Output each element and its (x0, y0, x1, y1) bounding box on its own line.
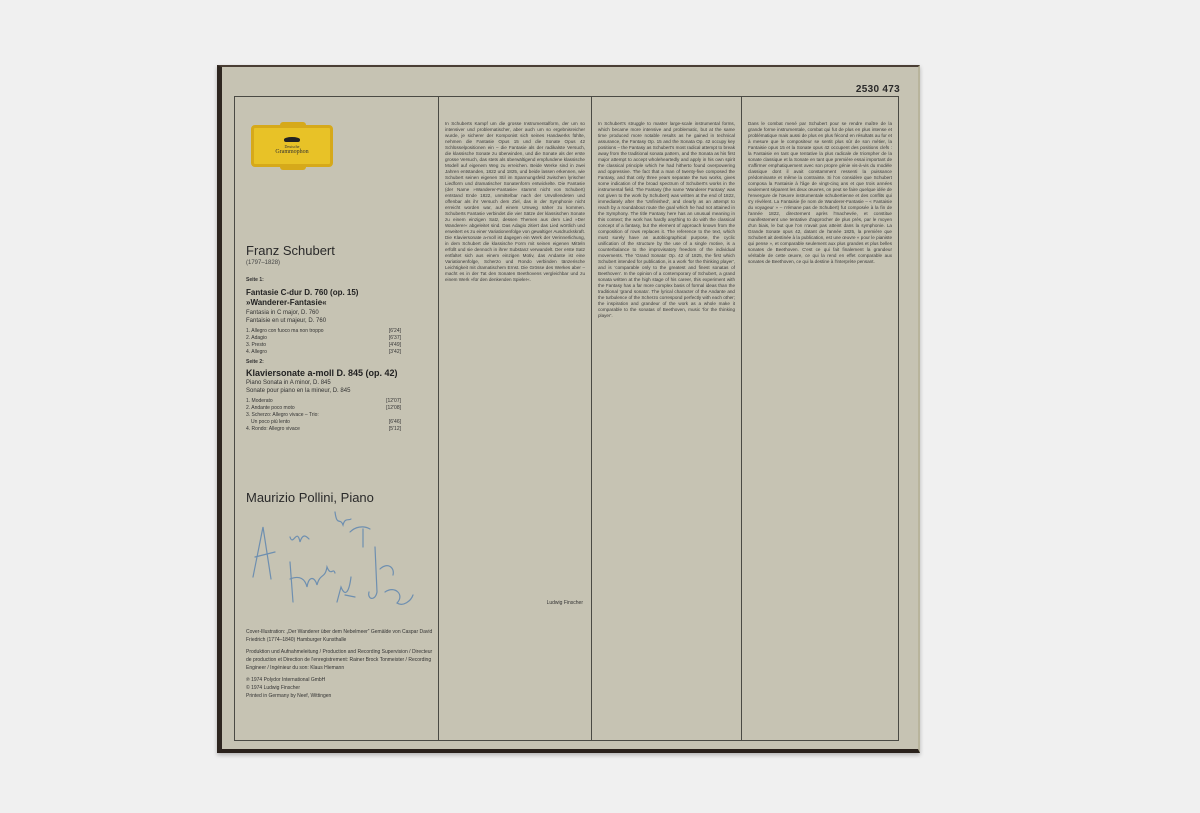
movement-name: 2. Adagio (246, 335, 267, 341)
side2-translation-en: Piano Sonata in A minor, D. 845 (246, 380, 331, 386)
liner-notes-french: Dans le combat mené par Schubert pour se… (748, 121, 892, 713)
side2-title: Klaviersonate a-moll D. 845 (op. 42) (246, 368, 398, 378)
catalog-number: 2530 473 (856, 84, 900, 95)
cover-illustration-credit: Cover-Illustration: „Der Wanderer über d… (246, 628, 436, 644)
side2-movement: 1. Moderato[12'07] (246, 398, 401, 404)
side2-movement: Un poco più lento[6'46] (246, 419, 401, 425)
movement-time: [6'24] (389, 328, 401, 334)
liner-notes-german-column: In Schuberts Kampf um die grosse Instrum… (439, 97, 592, 740)
movement-name: 3. Presto (246, 342, 266, 348)
movement-time: [3'42] (389, 349, 401, 355)
deutsche-grammophon-logo: Deutsche Grammophon (251, 125, 333, 167)
movement-time: [5'12] (389, 426, 401, 432)
tulip-icon (284, 137, 300, 142)
side1-movement: 2. Adagio[6'37] (246, 335, 401, 341)
movement-name: Un poco più lento (251, 419, 290, 425)
movement-name: 4. Rondo: Allegro vivace (246, 426, 300, 432)
side1-translation-en: Fantasia in C major, D. 760 (246, 310, 319, 316)
content-frame: Deutsche Grammophon Franz Schubert (1797… (234, 96, 899, 741)
liner-notes-english: In Schubert's struggle to master large-s… (598, 121, 735, 643)
side1-subtitle: »Wanderer-Fantasie« (246, 298, 327, 307)
movement-time: [12'07] (386, 398, 401, 404)
movement-time: [6'46] (389, 419, 401, 425)
handwritten-signature (245, 507, 425, 617)
side1-title: Fantasie C-dur D. 760 (op. 15) (246, 288, 358, 297)
production-credit: Produktion und Aufnahmeleitung / Product… (246, 648, 436, 672)
movement-name: 4. Allegro (246, 349, 267, 355)
side2-movement: 3. Scherzo: Allegro vivace – Trio: (246, 412, 401, 418)
movement-time: [4'49] (389, 342, 401, 348)
side2-translation-fr: Sonate pour piano en la mineur, D. 845 (246, 388, 350, 394)
movement-name: 3. Scherzo: Allegro vivace – Trio: (246, 412, 319, 418)
movement-time: [6'37] (389, 335, 401, 341)
side2-movement: 2. Andante poco moto[12'08] (246, 405, 401, 411)
movement-name: 1. Allegro con fuoco ma non troppo (246, 328, 324, 334)
performer-name: Maurizio Pollini, Piano (246, 490, 374, 505)
side1-label: Seite 1: (246, 277, 264, 283)
liner-notes-author: Ludwig Finscher (547, 600, 583, 606)
side1-movement: 3. Presto[4'49] (246, 342, 401, 348)
copyright-credit: ℗ 1974 Polydor International GmbH © 1974… (246, 676, 436, 700)
label-name-line2: Grammophon (275, 149, 308, 156)
movement-name: 1. Moderato (246, 398, 273, 404)
liner-notes-english-column: In Schubert's struggle to master large-s… (592, 97, 742, 740)
composer-name: Franz Schubert (246, 243, 335, 258)
side1-translation-fr: Fantaisie en ut majeur, D. 760 (246, 318, 326, 324)
liner-notes-german: In Schuberts Kampf um die grosse Instrum… (445, 121, 585, 593)
side1-movement: 1. Allegro con fuoco ma non troppo[6'24] (246, 328, 401, 334)
composer-dates: (1797–1828) (246, 260, 280, 266)
credits-block: Cover-Illustration: „Der Wanderer über d… (246, 628, 436, 704)
movement-time: [12'08] (386, 405, 401, 411)
side1-movement: 4. Allegro[3'42] (246, 349, 401, 355)
side2-movement: 4. Rondo: Allegro vivace[5'12] (246, 426, 401, 432)
movement-name: 2. Andante poco moto (246, 405, 295, 411)
record-jacket-back: 2530 473 Deutsche Grammophon Franz Schub… (217, 65, 920, 753)
side2-label: Seite 2: (246, 359, 264, 365)
tracklist-column: Deutsche Grammophon Franz Schubert (1797… (235, 97, 439, 740)
liner-notes-french-column: Dans le combat mené par Schubert pour se… (742, 97, 898, 740)
